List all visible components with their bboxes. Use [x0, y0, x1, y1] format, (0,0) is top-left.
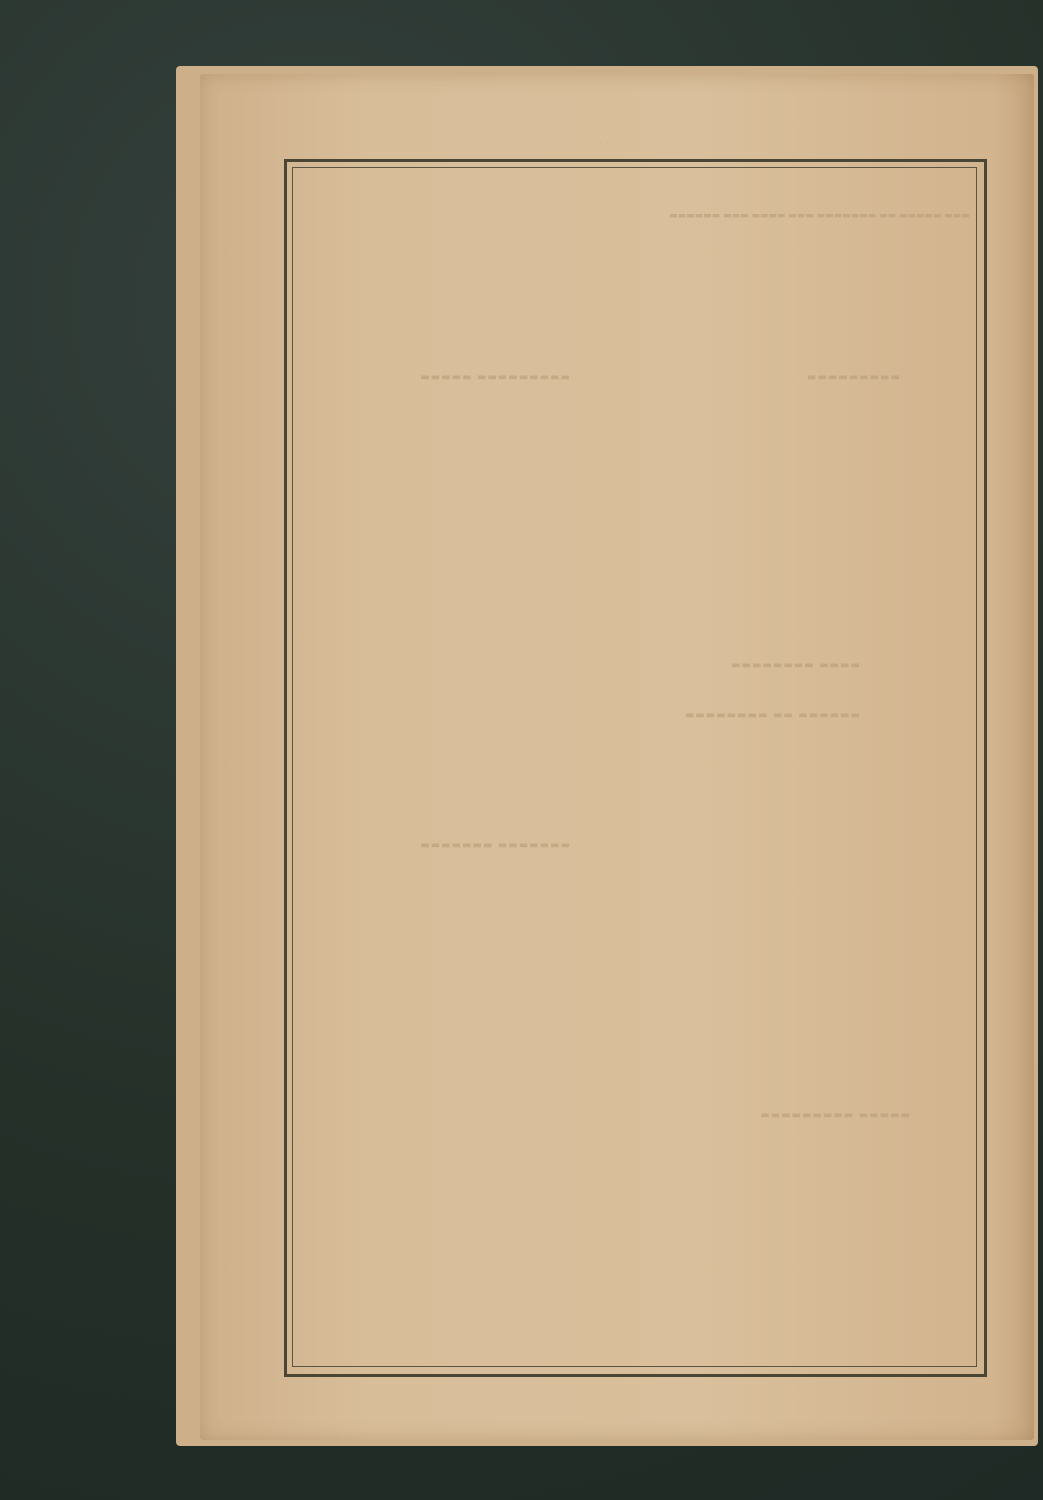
bleed-through-heading: ▬▬▬▬▬ ▬▬▬▬▬▬▬▬▬: [660, 1110, 910, 1122]
bleed-through-heading: ▬▬▬▬▬▬▬ ▬▬▬▬▬▬▬: [320, 840, 570, 852]
page-frame-inner-rule: [292, 167, 977, 1367]
bleed-through-heading: ▬▬▬▬▬▬▬▬▬: [700, 372, 900, 384]
running-head: · · · · · · · · ·: [480, 140, 680, 149]
bleed-through-heading: ▬▬▬▬ ▬▬▬▬▬▬▬▬: [660, 660, 860, 672]
bleed-through-heading: ▬▬▬▬▬▬▬▬▬ ▬▬▬▬▬: [320, 372, 570, 384]
bleed-through-heading: ▬▬▬▬▬▬ ▬▬ ▬▬▬▬▬▬▬▬: [660, 710, 860, 722]
bleed-through-paragraph: ▬▬▬ ▬▬▬▬▬ ▬▬ ▬▬▬▬▬▬▬ ▬▬▬ ▬▬▬▬ ▬▬▬ ▬▬▬▬▬▬: [300, 210, 970, 222]
